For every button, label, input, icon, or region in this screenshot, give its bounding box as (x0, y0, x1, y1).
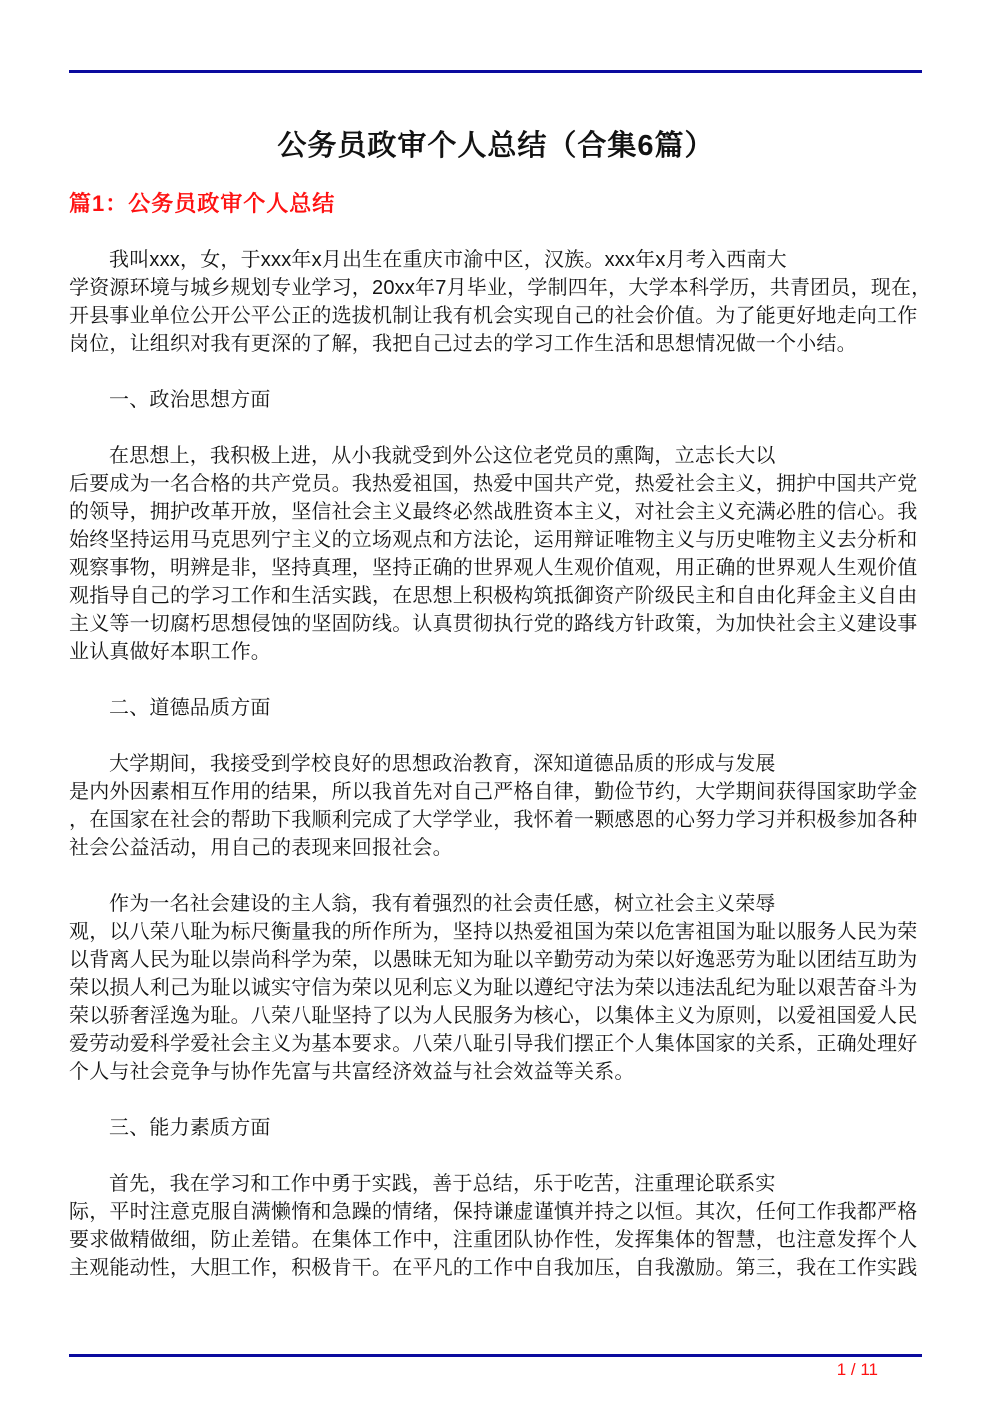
page-number: 1 / 11 (69, 1359, 922, 1381)
document-page: 公务员政审个人总结（合集6篇） 篇1：公务员政审个人总结 我叫xxx，女，于xx… (0, 0, 992, 1403)
text-line: 业认真做好本职工作。 (69, 638, 925, 666)
text-line: 二、道德品质方面 (69, 694, 925, 722)
document-body: 我叫xxx，女，于xxx年x月出生在重庆市渝中区，汉族。xxx年x月考入西南大学… (69, 246, 925, 1282)
header-rule (69, 70, 922, 73)
text-line: 三、能力素质方面 (69, 1114, 925, 1142)
text-line: 主观能动性，大胆工作，积极肯干。在平凡的工作中自我加压，自我激励。第三，我在工作… (69, 1254, 925, 1282)
text-line: ，在国家在社会的帮助下我顺利完成了大学学业，我怀着一颗感恩的心努力学习并积极参加… (69, 806, 925, 834)
section-1-heading: 篇1：公务员政审个人总结 (69, 189, 335, 219)
text-line: 社会公益活动，用自己的表现来回报社会。 (69, 834, 925, 862)
text-line: 后要成为一名合格的共产党员。我热爱祖国，热爱中国共产党，热爱社会主义，拥护中国共… (69, 470, 925, 498)
text-line: 荣以骄奢淫逸为耻。八荣八耻坚持了以为人民服务为核心，以集体主义为原则，以爱祖国爱… (69, 1002, 925, 1030)
text-line: 荣以损人利己为耻以诚实守信为荣以见利忘义为耻以遵纪守法为荣以违法乱纪为耻以艰苦奋… (69, 974, 925, 1002)
body-paragraph: 首先，我在学习和工作中勇于实践，善于总结，乐于吃苦，注重理论联系实际，平时注意克… (69, 1170, 925, 1282)
text-line: 首先，我在学习和工作中勇于实践，善于总结，乐于吃苦，注重理论联系实 (69, 1170, 925, 1198)
text-line: 的领导，拥护改革开放，坚信社会主义最终必然战胜资本主义，对社会主义充满必胜的信心… (69, 498, 925, 526)
text-line: 以背离人民为耻以崇尚科学为荣，以愚昧无知为耻以辛勤劳动为荣以好逸恶劳为耻以团结互… (69, 946, 925, 974)
text-line: 是内外因素相互作用的结果，所以我首先对自己严格自律，勤俭节约，大学期间获得国家助… (69, 778, 925, 806)
text-line: 观指导自己的学习工作和生活实践，在思想上积极构筑抵御资产阶级民主和自由化拜金主义… (69, 582, 925, 610)
text-line: 开县事业单位公开公平公正的选拔机制让我有机会实现自己的社会价值。为了能更好地走向… (69, 302, 925, 330)
footer-rule (69, 1354, 922, 1357)
text-line: 我叫xxx，女，于xxx年x月出生在重庆市渝中区，汉族。xxx年x月考入西南大 (69, 246, 925, 274)
body-paragraph: 我叫xxx，女，于xxx年x月出生在重庆市渝中区，汉族。xxx年x月考入西南大学… (69, 246, 925, 358)
text-line: 主义等一切腐朽思想侵蚀的坚固防线。认真贯彻执行党的路线方针政策，为加快社会主义建… (69, 610, 925, 638)
text-line: 要求做精做细，防止差错。在集体工作中，注重团队协作性，发挥集体的智慧，也注意发挥… (69, 1226, 925, 1254)
text-line: 作为一名社会建设的主人翁，我有着强烈的社会责任感，树立社会主义荣辱 (69, 890, 925, 918)
document-title: 公务员政审个人总结（合集6篇） (0, 127, 992, 165)
text-line: 观，以八荣八耻为标尺衡量我的所作所为，坚持以热爱祖国为荣以危害祖国为耻以服务人民… (69, 918, 925, 946)
text-line: 爱劳动爱科学爱社会主义为基本要求。八荣八耻引导我们摆正个人集体国家的关系，正确处… (69, 1030, 925, 1058)
text-line: 在思想上，我积极上进，从小我就受到外公这位老党员的熏陶，立志长大以 (69, 442, 925, 470)
text-line: 观察事物，明辨是非，坚持真理，坚持正确的世界观人生观价值观，用正确的世界观人生观… (69, 554, 925, 582)
body-paragraph: 大学期间，我接受到学校良好的思想政治教育，深知道德品质的形成与发展是内外因素相互… (69, 750, 925, 862)
body-paragraph: 作为一名社会建设的主人翁，我有着强烈的社会责任感，树立社会主义荣辱观，以八荣八耻… (69, 890, 925, 1086)
text-line: 始终坚持运用马克思列宁主义的立场观点和方法论，运用辩证唯物主义与历史唯物主义去分… (69, 526, 925, 554)
body-paragraph: 在思想上，我积极上进，从小我就受到外公这位老党员的熏陶，立志长大以后要成为一名合… (69, 442, 925, 666)
section-subheading: 三、能力素质方面 (69, 1114, 925, 1142)
section-subheading: 一、政治思想方面 (69, 386, 925, 414)
text-line: 学资源环境与城乡规划专业学习，20xx年7月毕业，学制四年，大学本科学历，共青团… (69, 274, 925, 302)
text-line: 岗位，让组织对我有更深的了解，我把自己过去的学习工作生活和思想情况做一个小结。 (69, 330, 925, 358)
section-subheading: 二、道德品质方面 (69, 694, 925, 722)
text-line: 一、政治思想方面 (69, 386, 925, 414)
text-line: 个人与社会竞争与协作先富与共富经济效益与社会效益等关系。 (69, 1058, 925, 1086)
text-line: 大学期间，我接受到学校良好的思想政治教育，深知道德品质的形成与发展 (69, 750, 925, 778)
text-line: 际，平时注意克服自满懒惰和急躁的情绪，保持谦虚谨慎并持之以恒。其次，任何工作我都… (69, 1198, 925, 1226)
